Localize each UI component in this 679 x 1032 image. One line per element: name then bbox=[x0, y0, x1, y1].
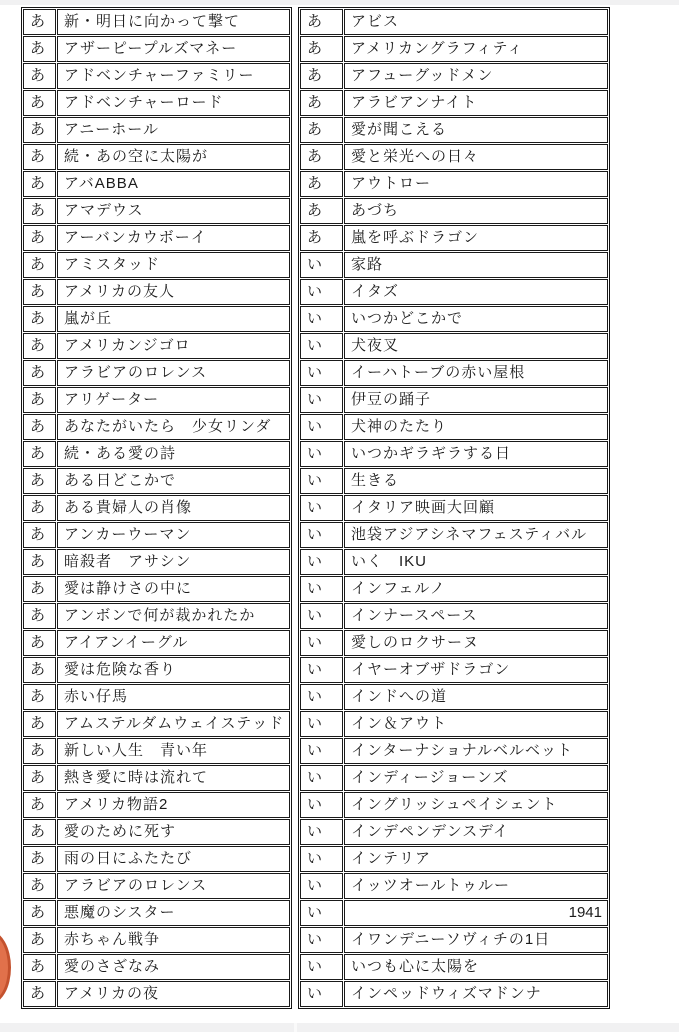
movie-title-cell: 新しい人生 青い年 bbox=[57, 738, 290, 764]
table-row: あアマデウス bbox=[23, 198, 290, 224]
kana-index-cell: い bbox=[300, 441, 343, 467]
kana-index-cell: あ bbox=[23, 306, 56, 332]
kana-index-cell: い bbox=[300, 792, 343, 818]
kana-index-cell: い bbox=[300, 414, 343, 440]
kana-index-cell: あ bbox=[300, 144, 343, 170]
kana-index-cell: い bbox=[300, 873, 343, 899]
movie-title-cell: インナースペース bbox=[344, 603, 608, 629]
table-row: あ赤い仔馬 bbox=[23, 684, 290, 710]
kana-index-cell: い bbox=[300, 495, 343, 521]
kana-index-cell: い bbox=[300, 927, 343, 953]
movie-title-cell: イングリッシュペイシェント bbox=[344, 792, 608, 818]
table-row: あ嵐を呼ぶドラゴン bbox=[300, 225, 608, 251]
table-row: い1941 bbox=[300, 900, 608, 926]
movie-title-cell: いつかどこかで bbox=[344, 306, 608, 332]
movie-title-cell: 続・ある愛の詩 bbox=[57, 441, 290, 467]
movie-title-cell: インディージョーンズ bbox=[344, 765, 608, 791]
table-row: あアメリカ物語2 bbox=[23, 792, 290, 818]
kana-index-cell: あ bbox=[23, 495, 56, 521]
kana-index-cell: い bbox=[300, 576, 343, 602]
movie-title-cell: インフェルノ bbox=[344, 576, 608, 602]
table-row: あアンボンで何が裁かれたか bbox=[23, 603, 290, 629]
kana-index-cell: あ bbox=[23, 117, 56, 143]
table-row: あアドベンチャーファミリー bbox=[23, 63, 290, 89]
kana-index-cell: い bbox=[300, 252, 343, 278]
table-row: あアメリカングラフィティ bbox=[300, 36, 608, 62]
table-row: あアイアンイーグル bbox=[23, 630, 290, 656]
movie-index-table-right: あアビスあアメリカングラフィティあアフューグッドメンあアラビアンナイトあ愛が聞こ… bbox=[298, 7, 610, 1009]
movie-title-cell: あづち bbox=[344, 198, 608, 224]
kana-index-cell: あ bbox=[23, 387, 56, 413]
kana-index-cell: あ bbox=[23, 252, 56, 278]
kana-index-cell: あ bbox=[23, 144, 56, 170]
table-row: あアリゲーター bbox=[23, 387, 290, 413]
movie-title-cell: アザーピープルズマネー bbox=[57, 36, 290, 62]
movie-title-cell: 赤ちゃん戦争 bbox=[57, 927, 290, 953]
movie-title-cell: 1941 bbox=[344, 900, 608, 926]
table-row: いインデペンデンスデイ bbox=[300, 819, 608, 845]
movie-title-cell: 愛と栄光への日々 bbox=[344, 144, 608, 170]
movie-title-cell: ある貴婦人の肖像 bbox=[57, 495, 290, 521]
movie-title-cell: アニーホール bbox=[57, 117, 290, 143]
movie-title-cell: アンボンで何が裁かれたか bbox=[57, 603, 290, 629]
movie-title-cell: アイアンイーグル bbox=[57, 630, 290, 656]
kana-index-cell: あ bbox=[23, 549, 56, 575]
movie-title-cell: イーハトーブの赤い屋根 bbox=[344, 360, 608, 386]
table-row: あアウトロー bbox=[300, 171, 608, 197]
table-row: い生きる bbox=[300, 468, 608, 494]
kana-index-cell: あ bbox=[23, 711, 56, 737]
table-row: あ暗殺者 アサシン bbox=[23, 549, 290, 575]
kana-index-cell: い bbox=[300, 738, 343, 764]
movie-title-cell: 雨の日にふたたび bbox=[57, 846, 290, 872]
table-row: あ嵐が丘 bbox=[23, 306, 290, 332]
edge-handle-button[interactable] bbox=[0, 931, 11, 1004]
table-row: あアメリカの夜 bbox=[23, 981, 290, 1007]
movie-title-cell: イン＆アウト bbox=[344, 711, 608, 737]
table-row: い家路 bbox=[300, 252, 608, 278]
table-row: ああづち bbox=[300, 198, 608, 224]
kana-index-cell: い bbox=[300, 549, 343, 575]
kana-index-cell: あ bbox=[23, 981, 56, 1007]
kana-index-cell: い bbox=[300, 954, 343, 980]
movie-title-cell: 池袋アジアシネマフェスティバル bbox=[344, 522, 608, 548]
kana-index-cell: い bbox=[300, 765, 343, 791]
table-row: あ愛が聞こえる bbox=[300, 117, 608, 143]
table-row: あアムステルダムウェイステッド bbox=[23, 711, 290, 737]
movie-title-cell: アラビアンナイト bbox=[344, 90, 608, 116]
table-row: いいつかどこかで bbox=[300, 306, 608, 332]
table-row: いインナースペース bbox=[300, 603, 608, 629]
table-row: あアビス bbox=[300, 9, 608, 35]
kana-index-cell: い bbox=[300, 603, 343, 629]
movie-title-cell: いつかギラギラする日 bbox=[344, 441, 608, 467]
page-gap-top bbox=[0, 0, 679, 5]
movie-title-cell: アドベンチャーファミリー bbox=[57, 63, 290, 89]
movie-title-cell: ある日どこかで bbox=[57, 468, 290, 494]
table-row: いインペッドウィズマドンナ bbox=[300, 981, 608, 1007]
table-row: い伊豆の踊子 bbox=[300, 387, 608, 413]
table-row: あ愛と栄光への日々 bbox=[300, 144, 608, 170]
movie-title-cell: 愛しのロクサーヌ bbox=[344, 630, 608, 656]
movie-title-cell: 嵐が丘 bbox=[57, 306, 290, 332]
table-row: いいつかギラギラする日 bbox=[300, 441, 608, 467]
kana-index-cell: あ bbox=[23, 90, 56, 116]
kana-index-cell: あ bbox=[23, 522, 56, 548]
movie-title-cell: 熱き愛に時は流れて bbox=[57, 765, 290, 791]
table-row: あ雨の日にふたたび bbox=[23, 846, 290, 872]
table-row: あアメリカの友人 bbox=[23, 279, 290, 305]
movie-title-cell: アメリカンジゴロ bbox=[57, 333, 290, 359]
table-row: あある貴婦人の肖像 bbox=[23, 495, 290, 521]
movie-title-cell: あなたがいたら 少女リンダ bbox=[57, 414, 290, 440]
movie-title-cell: 愛のさざなみ bbox=[57, 954, 290, 980]
movie-title-cell: アメリカの夜 bbox=[57, 981, 290, 1007]
table-row: あアザーピープルズマネー bbox=[23, 36, 290, 62]
movie-title-cell: 愛のために死す bbox=[57, 819, 290, 845]
table-row: いインフェルノ bbox=[300, 576, 608, 602]
movie-title-cell: アーバンカウボーイ bbox=[57, 225, 290, 251]
movie-title-cell: インペッドウィズマドンナ bbox=[344, 981, 608, 1007]
kana-index-cell: い bbox=[300, 279, 343, 305]
movie-title-cell: アバABBA bbox=[57, 171, 290, 197]
table-row: あ新しい人生 青い年 bbox=[23, 738, 290, 764]
kana-index-cell: あ bbox=[23, 738, 56, 764]
kana-index-cell: あ bbox=[23, 954, 56, 980]
kana-index-cell: い bbox=[300, 711, 343, 737]
movie-title-cell: イタズ bbox=[344, 279, 608, 305]
table-row: あアミスタッド bbox=[23, 252, 290, 278]
table-row: あアーバンカウボーイ bbox=[23, 225, 290, 251]
kana-index-cell: あ bbox=[23, 846, 56, 872]
kana-index-cell: あ bbox=[23, 225, 56, 251]
table-row: あ熱き愛に時は流れて bbox=[23, 765, 290, 791]
movie-title-cell: アラビアのロレンス bbox=[57, 360, 290, 386]
table-row: いいく IKU bbox=[300, 549, 608, 575]
table-row: あ続・あの空に太陽が bbox=[23, 144, 290, 170]
table-row: いイーハトーブの赤い屋根 bbox=[300, 360, 608, 386]
table-row: いインテリア bbox=[300, 846, 608, 872]
kana-index-cell: あ bbox=[23, 657, 56, 683]
movie-title-cell: 伊豆の踊子 bbox=[344, 387, 608, 413]
table-row: い愛しのロクサーヌ bbox=[300, 630, 608, 656]
kana-index-cell: あ bbox=[300, 36, 343, 62]
kana-index-cell: あ bbox=[23, 279, 56, 305]
kana-index-cell: い bbox=[300, 387, 343, 413]
table-row: あ愛のために死す bbox=[23, 819, 290, 845]
table-row: あアラビアのロレンス bbox=[23, 873, 290, 899]
table-row: あある日どこかで bbox=[23, 468, 290, 494]
table-row: いインドへの道 bbox=[300, 684, 608, 710]
movie-title-cell: イワンデニーソヴィチの1日 bbox=[344, 927, 608, 953]
kana-index-cell: い bbox=[300, 522, 343, 548]
table-row: ああなたがいたら 少女リンダ bbox=[23, 414, 290, 440]
table-row: あ愛のさざなみ bbox=[23, 954, 290, 980]
kana-index-cell: い bbox=[300, 900, 343, 926]
kana-index-cell: い bbox=[300, 468, 343, 494]
table-row: いイタリア映画大回顧 bbox=[300, 495, 608, 521]
movie-title-cell: アビス bbox=[344, 9, 608, 35]
movie-title-cell: 生きる bbox=[344, 468, 608, 494]
kana-index-cell: あ bbox=[23, 576, 56, 602]
kana-index-cell: あ bbox=[300, 90, 343, 116]
kana-index-cell: あ bbox=[23, 603, 56, 629]
table-row: あアニーホール bbox=[23, 117, 290, 143]
movie-title-cell: アリゲーター bbox=[57, 387, 290, 413]
movie-title-cell: 犬夜叉 bbox=[344, 333, 608, 359]
movie-title-cell: 犬神のたたり bbox=[344, 414, 608, 440]
table-row: あアンカーウーマン bbox=[23, 522, 290, 548]
movie-title-cell: 続・あの空に太陽が bbox=[57, 144, 290, 170]
movie-title-cell: インテリア bbox=[344, 846, 608, 872]
table-row: い犬夜叉 bbox=[300, 333, 608, 359]
kana-index-cell: あ bbox=[300, 9, 343, 35]
table-row: いイヤーオブザドラゴン bbox=[300, 657, 608, 683]
movie-table-left-body: あ新・明日に向かって撃てあアザーピープルズマネーあアドベンチャーファミリーあアド… bbox=[23, 9, 290, 1007]
movie-title-cell: 愛が聞こえる bbox=[344, 117, 608, 143]
kana-index-cell: あ bbox=[23, 36, 56, 62]
kana-index-cell: い bbox=[300, 684, 343, 710]
movie-title-cell: アドベンチャーロード bbox=[57, 90, 290, 116]
movie-title-cell: インドへの道 bbox=[344, 684, 608, 710]
movie-title-cell: 悪魔のシスター bbox=[57, 900, 290, 926]
movie-title-cell: インデペンデンスデイ bbox=[344, 819, 608, 845]
movie-title-cell: 愛は静けさの中に bbox=[57, 576, 290, 602]
table-row: いイッツオールトゥルー bbox=[300, 873, 608, 899]
kana-index-cell: あ bbox=[23, 171, 56, 197]
movie-table-right-body: あアビスあアメリカングラフィティあアフューグッドメンあアラビアンナイトあ愛が聞こ… bbox=[300, 9, 608, 1007]
kana-index-cell: い bbox=[300, 333, 343, 359]
kana-index-cell: あ bbox=[23, 765, 56, 791]
table-row: あ赤ちゃん戦争 bbox=[23, 927, 290, 953]
page-divider bbox=[294, 1023, 297, 1032]
movie-title-cell: アメリカの友人 bbox=[57, 279, 290, 305]
kana-index-cell: あ bbox=[23, 792, 56, 818]
kana-index-cell: あ bbox=[300, 63, 343, 89]
table-row: いイングリッシュペイシェント bbox=[300, 792, 608, 818]
kana-index-cell: い bbox=[300, 819, 343, 845]
kana-index-cell: あ bbox=[23, 333, 56, 359]
movie-title-cell: イタリア映画大回顧 bbox=[344, 495, 608, 521]
kana-index-cell: い bbox=[300, 360, 343, 386]
kana-index-cell: あ bbox=[23, 684, 56, 710]
kana-index-cell: あ bbox=[23, 468, 56, 494]
kana-index-cell: あ bbox=[23, 414, 56, 440]
page-gap-bottom bbox=[0, 1023, 679, 1032]
table-row: いいつも心に太陽を bbox=[300, 954, 608, 980]
movie-title-cell: アミスタッド bbox=[57, 252, 290, 278]
kana-index-cell: あ bbox=[23, 630, 56, 656]
kana-index-cell: あ bbox=[300, 117, 343, 143]
table-row: あアバABBA bbox=[23, 171, 290, 197]
kana-index-cell: い bbox=[300, 657, 343, 683]
kana-index-cell: あ bbox=[23, 819, 56, 845]
table-row: いインターナショナルベルベット bbox=[300, 738, 608, 764]
kana-index-cell: あ bbox=[23, 360, 56, 386]
kana-index-cell: あ bbox=[23, 63, 56, 89]
kana-index-cell: あ bbox=[300, 225, 343, 251]
table-row: あ新・明日に向かって撃て bbox=[23, 9, 290, 35]
kana-index-cell: い bbox=[300, 630, 343, 656]
kana-index-cell: い bbox=[300, 306, 343, 332]
kana-index-cell: あ bbox=[23, 198, 56, 224]
movie-title-cell: アンカーウーマン bbox=[57, 522, 290, 548]
table-row: あ愛は静けさの中に bbox=[23, 576, 290, 602]
table-row: あ続・ある愛の詩 bbox=[23, 441, 290, 467]
table-row: いイワンデニーソヴィチの1日 bbox=[300, 927, 608, 953]
table-row: い犬神のたたり bbox=[300, 414, 608, 440]
movie-title-cell: いつも心に太陽を bbox=[344, 954, 608, 980]
table-row: いインディージョーンズ bbox=[300, 765, 608, 791]
kana-index-cell: あ bbox=[23, 873, 56, 899]
movie-title-cell: 暗殺者 アサシン bbox=[57, 549, 290, 575]
movie-title-cell: アラビアのロレンス bbox=[57, 873, 290, 899]
movie-title-cell: アフューグッドメン bbox=[344, 63, 608, 89]
table-row: いイン＆アウト bbox=[300, 711, 608, 737]
movie-title-cell: イヤーオブザドラゴン bbox=[344, 657, 608, 683]
kana-index-cell: あ bbox=[23, 441, 56, 467]
movie-title-cell: 愛は危険な香り bbox=[57, 657, 290, 683]
kana-index-cell: い bbox=[300, 981, 343, 1007]
kana-index-cell: あ bbox=[23, 9, 56, 35]
table-row: あ悪魔のシスター bbox=[23, 900, 290, 926]
table-row: あアラビアンナイト bbox=[300, 90, 608, 116]
movie-title-cell: いく IKU bbox=[344, 549, 608, 575]
movie-title-cell: アムステルダムウェイステッド bbox=[57, 711, 290, 737]
movie-title-cell: アメリカ物語2 bbox=[57, 792, 290, 818]
kana-index-cell: あ bbox=[23, 927, 56, 953]
kana-index-cell: あ bbox=[23, 900, 56, 926]
kana-index-cell: あ bbox=[300, 171, 343, 197]
table-row: あアフューグッドメン bbox=[300, 63, 608, 89]
movie-title-cell: 嵐を呼ぶドラゴン bbox=[344, 225, 608, 251]
kana-index-cell: あ bbox=[300, 198, 343, 224]
table-row: あアメリカンジゴロ bbox=[23, 333, 290, 359]
movie-title-cell: 家路 bbox=[344, 252, 608, 278]
table-row: あアラビアのロレンス bbox=[23, 360, 290, 386]
kana-index-cell: い bbox=[300, 846, 343, 872]
table-row: あアドベンチャーロード bbox=[23, 90, 290, 116]
table-row: い池袋アジアシネマフェスティバル bbox=[300, 522, 608, 548]
movie-title-cell: 新・明日に向かって撃て bbox=[57, 9, 290, 35]
movie-title-cell: アマデウス bbox=[57, 198, 290, 224]
movie-title-cell: イッツオールトゥルー bbox=[344, 873, 608, 899]
table-row: いイタズ bbox=[300, 279, 608, 305]
movie-index-table-left: あ新・明日に向かって撃てあアザーピープルズマネーあアドベンチャーファミリーあアド… bbox=[21, 7, 292, 1009]
movie-title-cell: 赤い仔馬 bbox=[57, 684, 290, 710]
movie-title-cell: アウトロー bbox=[344, 171, 608, 197]
movie-title-cell: インターナショナルベルベット bbox=[344, 738, 608, 764]
movie-title-cell: アメリカングラフィティ bbox=[344, 36, 608, 62]
table-row: あ愛は危険な香り bbox=[23, 657, 290, 683]
